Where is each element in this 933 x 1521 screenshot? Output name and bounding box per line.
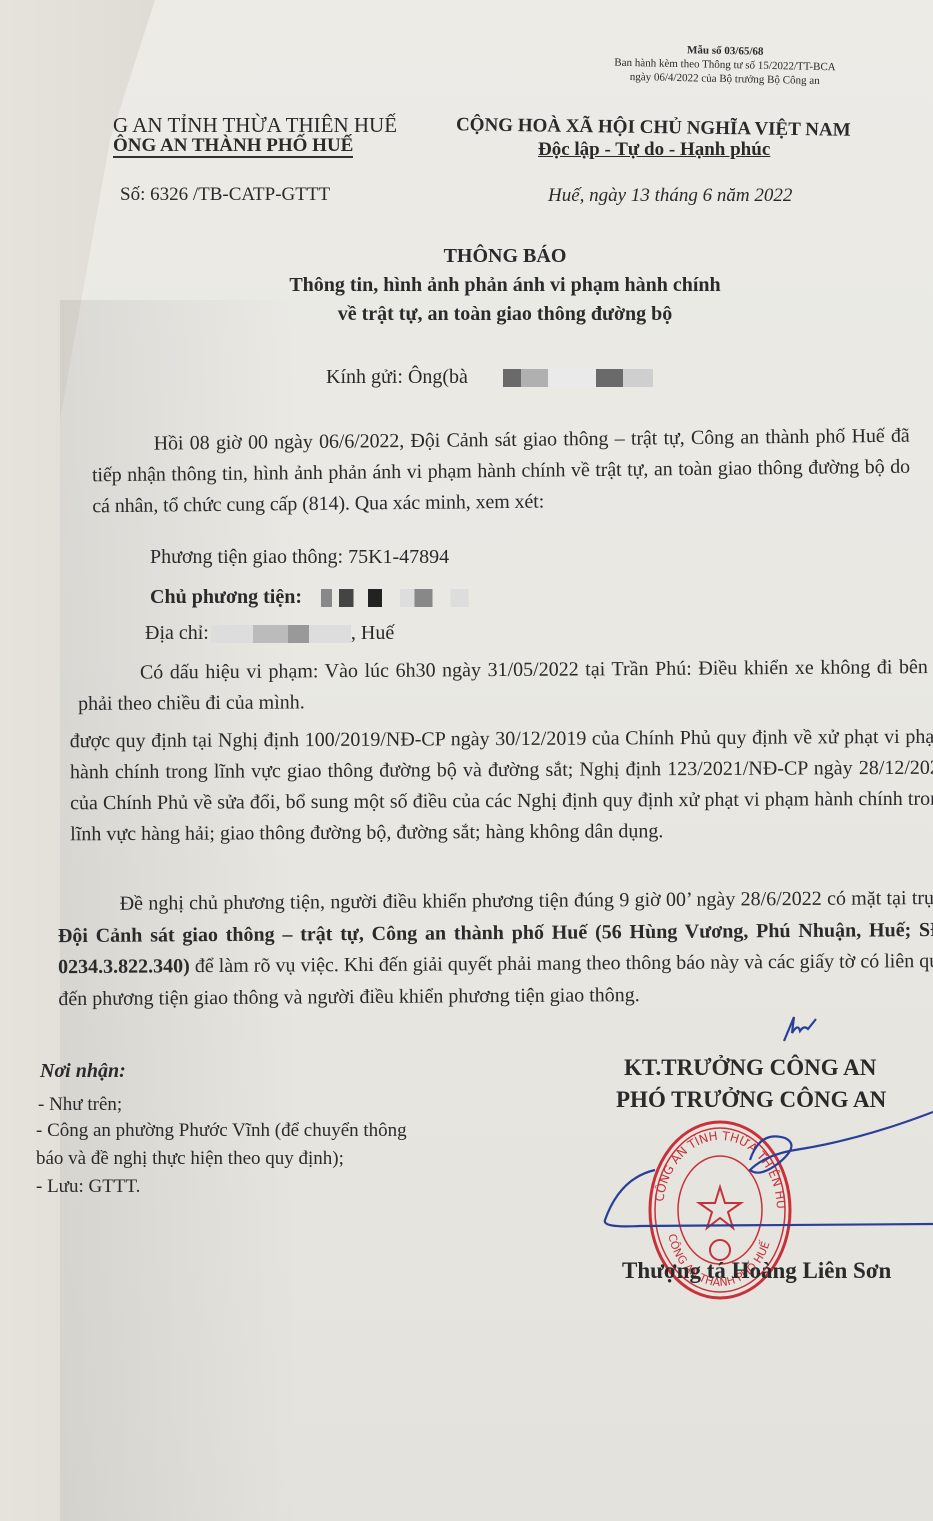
address-line: Địa chỉ:, Huế xyxy=(145,622,394,645)
title-sub2: về trật tự, an toàn giao thông đường bộ xyxy=(240,300,770,329)
title-sub1: Thông tin, hình ảnh phản ánh vi phạm hàn… xyxy=(240,271,770,300)
address-suffix: , Huế xyxy=(351,622,394,644)
intro-paragraph: Hồi 08 giờ 00 ngày 06/6/2022, Đội Cảnh s… xyxy=(92,421,911,523)
violation-paragraph: Có dấu hiệu vi phạm: Vào lúc 6h30 ngày 3… xyxy=(78,652,928,720)
signature-title-1: KT.TRƯỞNG CÔNG AN xyxy=(624,1055,876,1081)
recipient-item: - Lưu: GTTT. xyxy=(36,1176,140,1198)
document-number: Số: 6326 /TB-CATP-GTTT xyxy=(120,184,330,206)
redacted-name xyxy=(503,369,653,387)
request-text-b: để làm rõ vụ việc. Khi đến giải quyết ph… xyxy=(58,950,933,1010)
handwritten-signature-icon xyxy=(600,1100,933,1250)
owner-label: Chủ phương tiện: xyxy=(150,586,302,608)
greeting-text: Kính gửi: Ông(bà xyxy=(326,366,468,388)
title-main: THÔNG BÁO xyxy=(240,242,770,271)
recipient-item: - Như trên; xyxy=(38,1094,122,1116)
agency-unit: ÔNG AN THÀNH PHỐ HUẾ xyxy=(113,135,353,157)
request-paragraph: Đề nghị chủ phương tiện, người điều khiể… xyxy=(58,883,933,1015)
redacted-owner xyxy=(321,589,501,607)
greeting: Kính gửi: Ông(bà xyxy=(326,366,653,389)
recipient-item: - Công an phường Phước Vĩnh (để chuyển t… xyxy=(36,1120,407,1142)
initials-signature-icon xyxy=(780,1013,840,1043)
redacted-address xyxy=(211,625,351,643)
national-motto: Độc lập - Tự do - Hạnh phúc xyxy=(538,139,770,161)
signer-name: Thượng tá Hoàng Liên Sơn xyxy=(622,1258,891,1284)
owner-line: Chủ phương tiện: xyxy=(150,586,501,609)
address-label: Địa chỉ: xyxy=(145,622,209,644)
recipient-item: báo và đề nghị thực hiện theo quy định); xyxy=(36,1148,344,1170)
agency-unit-text: ÔNG AN THÀNH PHỐ HUẾ xyxy=(113,135,353,158)
request-text-a: Đề nghị chủ phương tiện, người điều khiể… xyxy=(120,887,933,915)
form-header: Mẫu số 03/65/68 Ban hành kèm theo Thông … xyxy=(560,41,891,90)
legal-basis-paragraph: được quy định tại Nghị định 100/2019/NĐ-… xyxy=(70,722,933,851)
recipients-title: Nơi nhận: xyxy=(40,1060,126,1083)
vehicle-line: Phương tiện giao thông: 75K1-47894 xyxy=(150,546,449,569)
document-title: THÔNG BÁO Thông tin, hình ảnh phản ánh v… xyxy=(240,242,770,329)
place-date: Huế, ngày 13 tháng 6 năm 2022 xyxy=(548,185,792,207)
